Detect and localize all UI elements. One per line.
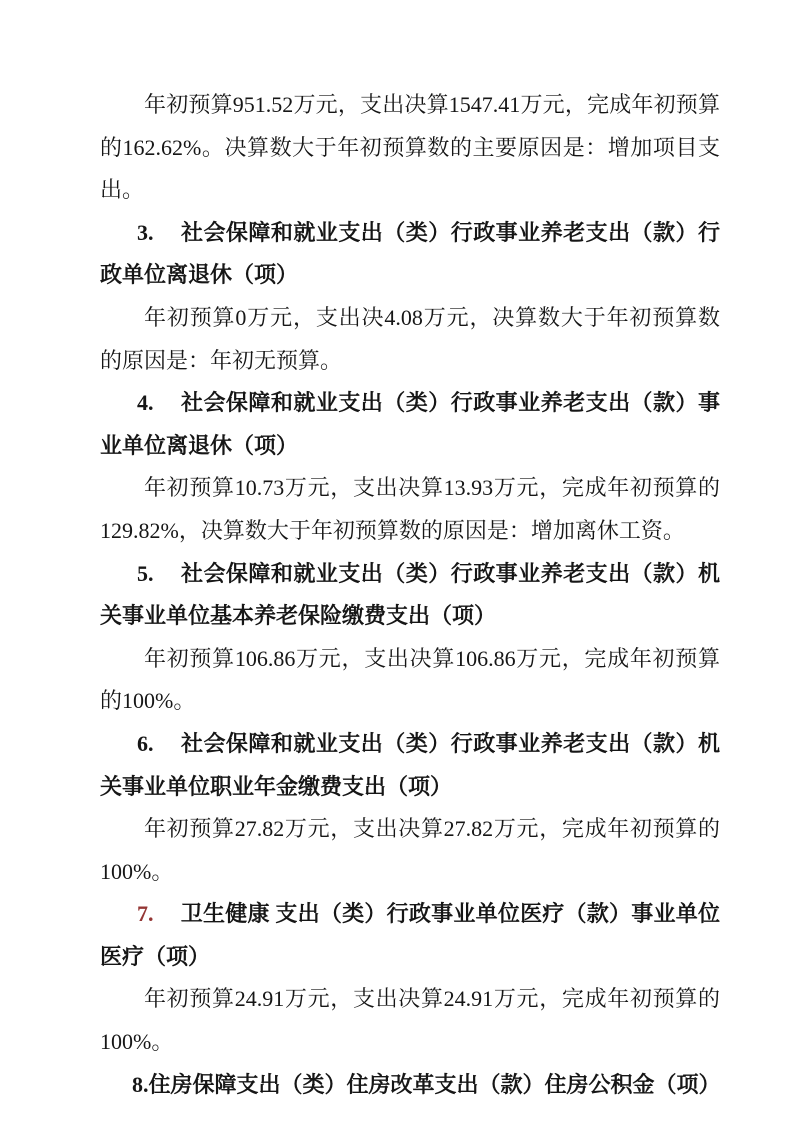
section-heading-4: 4.社会保障和就业支出（类）行政事业养老支出（款）事业单位离退休（项） <box>100 382 720 467</box>
heading-text-5: 社会保障和就业支出（类）行政事业养老支出（款）机关事业单位基本养老保险缴费支出（… <box>100 561 720 629</box>
section-heading-5: 5.社会保障和就业支出（类）行政事业养老支出（款）机关事业单位基本养老保险缴费支… <box>100 553 720 638</box>
paragraph-item3-detail: 年初预算0万元，支出决4.08万元，决算数大于年初预算数的原因是：年初无预算。 <box>100 297 720 382</box>
section-heading-3: 3.社会保障和就业支出（类）行政事业养老支出（款）行政单位离退休（项） <box>100 212 720 297</box>
heading-number-7: 7. <box>137 893 154 936</box>
paragraph-item5-detail: 年初预算106.86万元，支出决算106.86万元，完成年初预算的100%。 <box>100 638 720 723</box>
section-heading-8: 8.住房保障支出（类）住房改革支出（款）住房公积金（项） <box>100 1064 720 1107</box>
document-page: 年初预算951.52万元，支出决算1547.41万元，完成年初预算的162.62… <box>0 0 800 1131</box>
heading-number-6: 6. <box>137 723 154 766</box>
paragraph-item2-detail: 年初预算951.52万元，支出决算1547.41万元，完成年初预算的162.62… <box>100 84 720 212</box>
heading-number-3: 3. <box>137 212 154 255</box>
paragraph-item4-detail: 年初预算10.73万元，支出决算13.93万元，完成年初预算的129.82%，决… <box>100 467 720 552</box>
section-heading-7: 7.卫生健康 支出（类）行政事业单位医疗（款）事业单位医疗（项） <box>100 893 720 978</box>
paragraph-item7-detail: 年初预算24.91万元，支出决算24.91万元，完成年初预算的100%。 <box>100 978 720 1063</box>
heading-text-4: 社会保障和就业支出（类）行政事业养老支出（款）事业单位离退休（项） <box>100 390 720 458</box>
heading-text-7: 卫生健康 支出（类）行政事业单位医疗（款）事业单位医疗（项） <box>100 901 720 969</box>
heading-text-6: 社会保障和就业支出（类）行政事业养老支出（款）机关事业单位职业年金缴费支出（项） <box>100 731 720 799</box>
heading-number-4: 4. <box>137 382 154 425</box>
paragraph-item6-detail: 年初预算27.82万元，支出决算27.82万元，完成年初预算的100%。 <box>100 808 720 893</box>
heading-number-5: 5. <box>137 553 154 596</box>
heading-text-3: 社会保障和就业支出（类）行政事业养老支出（款）行政单位离退休（项） <box>100 220 720 288</box>
section-heading-6: 6.社会保障和就业支出（类）行政事业养老支出（款）机关事业单位职业年金缴费支出（… <box>100 723 720 808</box>
